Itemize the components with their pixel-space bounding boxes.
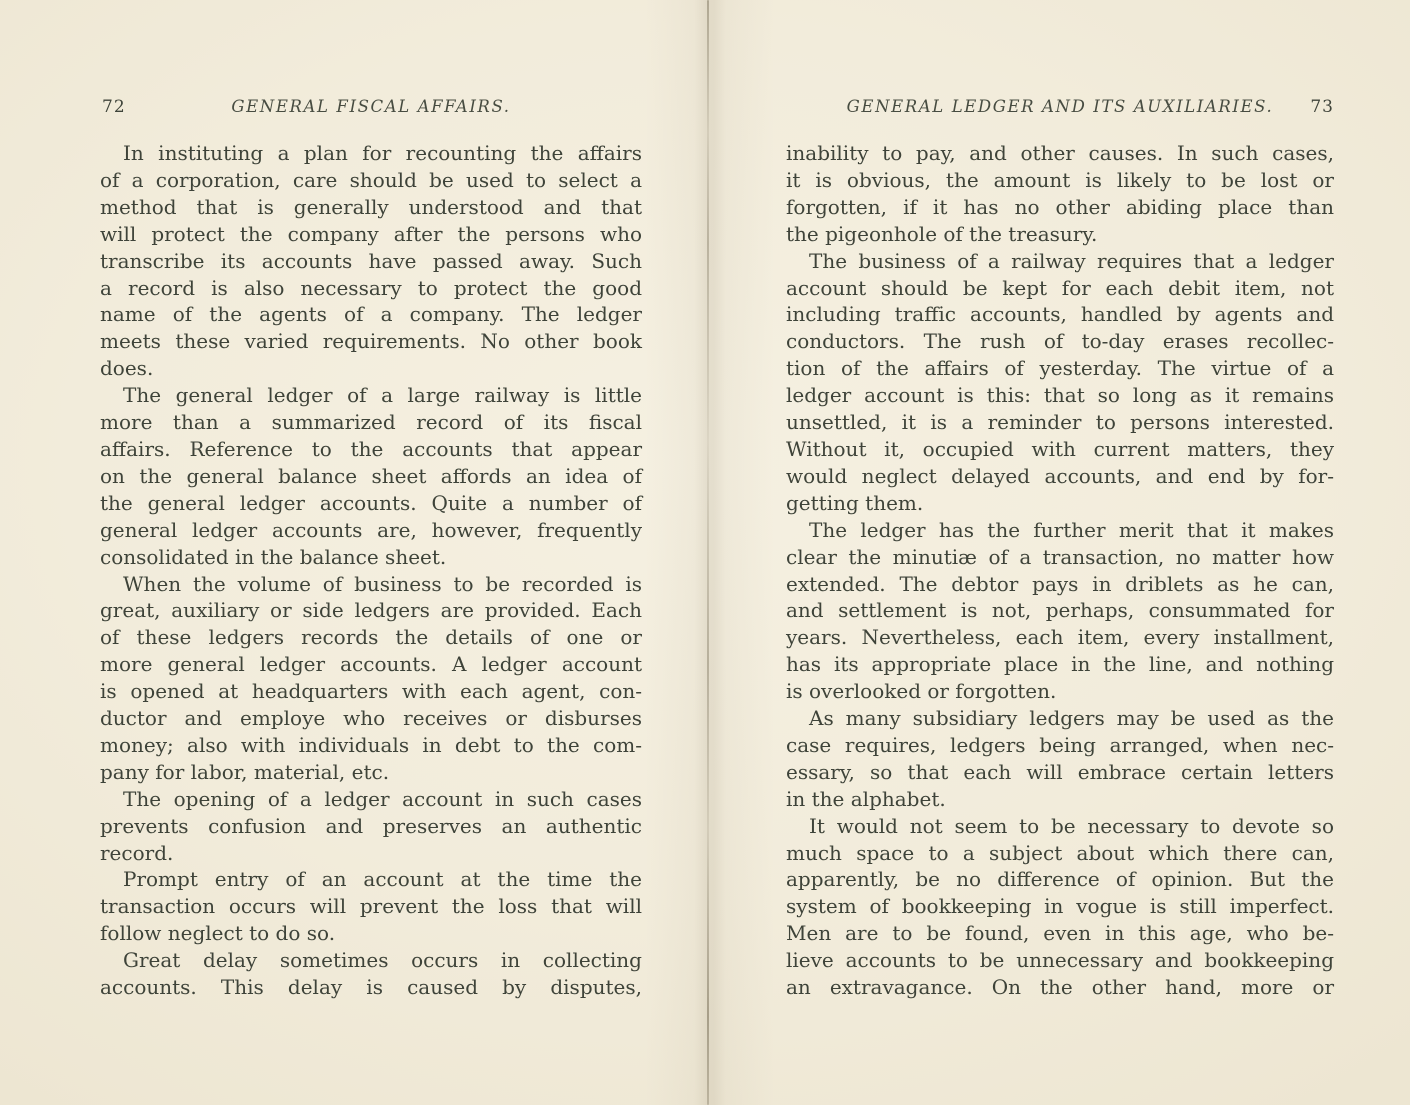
text-line: getting them. [786,490,1334,517]
text-line: unsettled, it is a reminder to persons i… [786,409,1334,436]
text-line: Great delay sometimes occurs in collecti… [100,947,642,974]
text-line: money; also with individuals in debt to … [100,732,642,759]
text-line: The business of a railway requires that … [786,248,1334,275]
text-line: tion of the affairs of yesterday. The vi… [786,355,1334,382]
text-line: consolidated in the balance sheet. [100,544,642,571]
text-line: Men are to be found, even in this age, w… [786,920,1334,947]
text-line: an extravagance. On the other hand, more… [786,974,1334,1001]
text-line: is opened at headquarters with each agen… [100,678,642,705]
text-line: essary, so that each will embrace certai… [786,759,1334,786]
text-line: prevents confusion and preserves an auth… [100,813,642,840]
text-line: apparently, be no difference of opinion.… [786,866,1334,893]
text-line: transaction occurs will prevent the loss… [100,893,642,920]
text-line: inability to pay, and other causes. In s… [786,140,1334,167]
text-line: would neglect delayed accounts, and end … [786,463,1334,490]
text-line: extended. The debtor pays in driblets as… [786,571,1334,598]
text-line: has its appropriate place in the line, a… [786,651,1334,678]
page-header-left: 72 GENERAL FISCAL AFFAIRS. [100,97,642,119]
text-line: accounts. This delay is caused by disput… [100,974,642,1001]
text-line: much space to a subject about which ther… [786,840,1334,867]
text-line: is overlooked or forgotten. [786,678,1334,705]
text-line: the pigeonhole of the treasury. [786,221,1334,248]
text-line: name of the agents of a company. The led… [100,301,642,328]
text-line: including traffic accounts, handled by a… [786,301,1334,328]
text-line: ledger account is this: that so long as … [786,382,1334,409]
text-line: Without it, occupied with current matter… [786,436,1334,463]
text-line: the general ledger accounts. Quite a num… [100,490,642,517]
text-line: In instituting a plan for recounting the… [100,140,642,167]
page-number-right: 73 [1310,97,1334,117]
text-line: great, auxiliary or side ledgers are pro… [100,597,642,624]
page-header-right: GENERAL LEDGER AND ITS AUXILIARIES. 73 [786,97,1334,119]
text-line: lieve accounts to be unnecessary and boo… [786,947,1334,974]
text-line: meets these varied requirements. No othe… [100,328,642,355]
text-line: As many subsidiary ledgers may be used a… [786,705,1334,732]
running-head-right: GENERAL LEDGER AND ITS AUXILIARIES. [786,97,1334,116]
page-body-left: In instituting a plan for recounting the… [100,140,642,1001]
page-body-right: inability to pay, and other causes. In s… [786,140,1334,1001]
text-line: case requires, ledgers being arranged, w… [786,732,1334,759]
text-line: follow neglect to do so. [100,920,642,947]
text-line: and settlement is not, perhaps, consumma… [786,597,1334,624]
text-line: The ledger has the further merit that it… [786,517,1334,544]
text-line: When the volume of business to be record… [100,571,642,598]
text-line: clear the minutiæ of a transaction, no m… [786,544,1334,571]
text-line: pany for labor, material, etc. [100,759,642,786]
text-line: does. [100,355,642,382]
text-line: in the alphabet. [786,786,1334,813]
text-line: method that is generally understood and … [100,194,642,221]
text-line: more than a summarized record of its fis… [100,409,642,436]
text-line: years. Nevertheless, each item, every in… [786,624,1334,651]
book-spread: 72 GENERAL FISCAL AFFAIRS. In institutin… [0,0,1410,1105]
text-line: on the general balance sheet affords an … [100,463,642,490]
text-line: system of bookkeeping in vogue is still … [786,893,1334,920]
text-line: affairs. Reference to the accounts that … [100,436,642,463]
text-line: It would not seem to be necessary to dev… [786,813,1334,840]
text-line: record. [100,840,642,867]
text-line: will protect the company after the perso… [100,221,642,248]
text-line: forgotten, if it has no other abiding pl… [786,194,1334,221]
text-line: Prompt entry of an account at the time t… [100,866,642,893]
text-line: The general ledger of a large railway is… [100,382,642,409]
text-line: transcribe its accounts have passed away… [100,248,642,275]
text-line: account should be kept for each debit it… [786,275,1334,302]
text-line: a record is also necessary to protect th… [100,275,642,302]
text-line: it is obvious, the amount is likely to b… [786,167,1334,194]
text-line: more general ledger accounts. A ledger a… [100,651,642,678]
text-line: conductors. The rush of to-day erases re… [786,328,1334,355]
page-number-left: 72 [102,97,126,117]
running-head-left: GENERAL FISCAL AFFAIRS. [100,97,642,116]
text-line: of a corporation, care should be used to… [100,167,642,194]
text-line: The opening of a ledger account in such … [100,786,642,813]
page-right: GENERAL LEDGER AND ITS AUXILIARIES. 73 i… [705,0,1410,1105]
text-line: ductor and employe who receives or disbu… [100,705,642,732]
text-line: of these ledgers records the details of … [100,624,642,651]
text-line: general ledger accounts are, however, fr… [100,517,642,544]
page-left: 72 GENERAL FISCAL AFFAIRS. In institutin… [0,0,705,1105]
